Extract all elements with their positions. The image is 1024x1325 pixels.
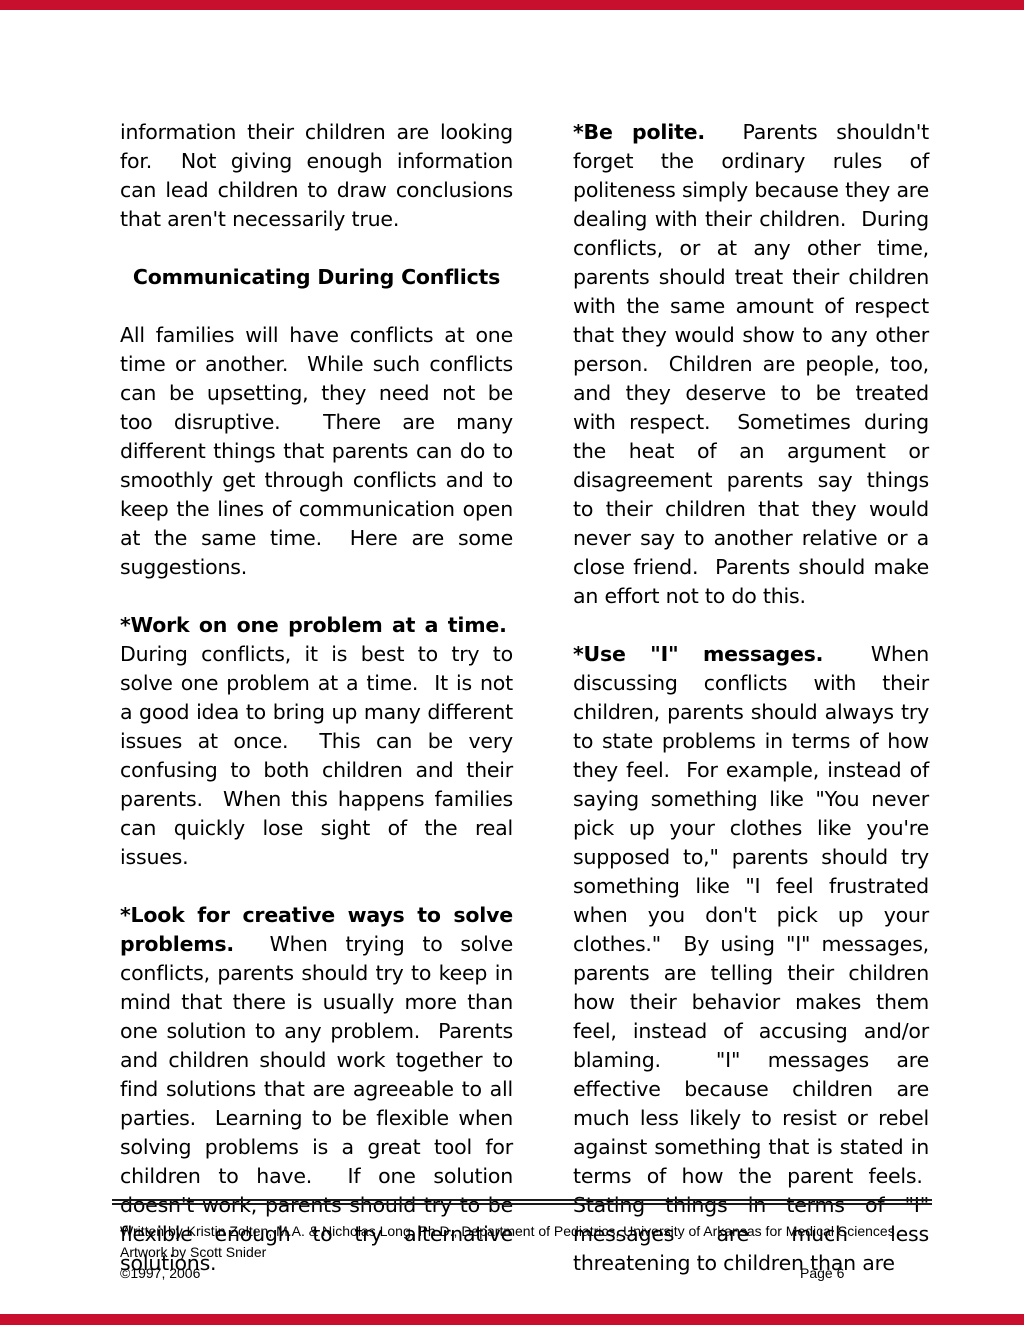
paragraph: *Work on one problem at a time. During c…: [120, 611, 513, 872]
section-heading: Communicating During Conflicts: [120, 263, 513, 292]
paragraph-text: Parents shouldn't forget the ordinary ru…: [573, 120, 929, 608]
top-edge-bar: [0, 0, 1024, 10]
right-column: *Be polite. Parents shouldn't forget the…: [573, 118, 929, 1307]
paragraph-text: During conflicts, it is best to try to s…: [120, 613, 513, 869]
footer-credit-line: Written by Kristin Zolten, M.A. & Nichol…: [120, 1221, 932, 1242]
paragraph-text: When discussing conflicts with their chi…: [573, 642, 929, 1275]
paragraph: *Use "I" messages. When discussing confl…: [573, 640, 929, 1278]
paragraph-lead: *Be polite.: [573, 120, 705, 144]
document-page: information their children are looking f…: [0, 0, 1024, 1325]
copyright-text: ©1997, 2006: [120, 1265, 200, 1281]
paragraph-text: information their children are looking f…: [120, 120, 513, 231]
footer-copyright-row: ©1997, 2006 Page 6: [120, 1263, 932, 1284]
paragraph: All families will have conflicts at one …: [120, 321, 513, 582]
footer-divider: [112, 1199, 932, 1205]
paragraph-lead: *Use "I" messages.: [573, 642, 823, 666]
paragraph-lead: *Work on one problem at a time.: [120, 613, 507, 637]
paragraph: information their children are looking f…: [120, 118, 513, 234]
footer-artwork-line: Artwork by Scott Snider: [120, 1242, 932, 1263]
left-column: information their children are looking f…: [120, 118, 513, 1307]
page-number: Page 6: [800, 1263, 844, 1284]
paragraph-text: All families will have conflicts at one …: [120, 323, 513, 579]
footer: Written by Kristin Zolten, M.A. & Nichol…: [120, 1221, 932, 1284]
paragraph: *Be polite. Parents shouldn't forget the…: [573, 118, 929, 611]
bottom-edge-bar: [0, 1314, 1024, 1325]
